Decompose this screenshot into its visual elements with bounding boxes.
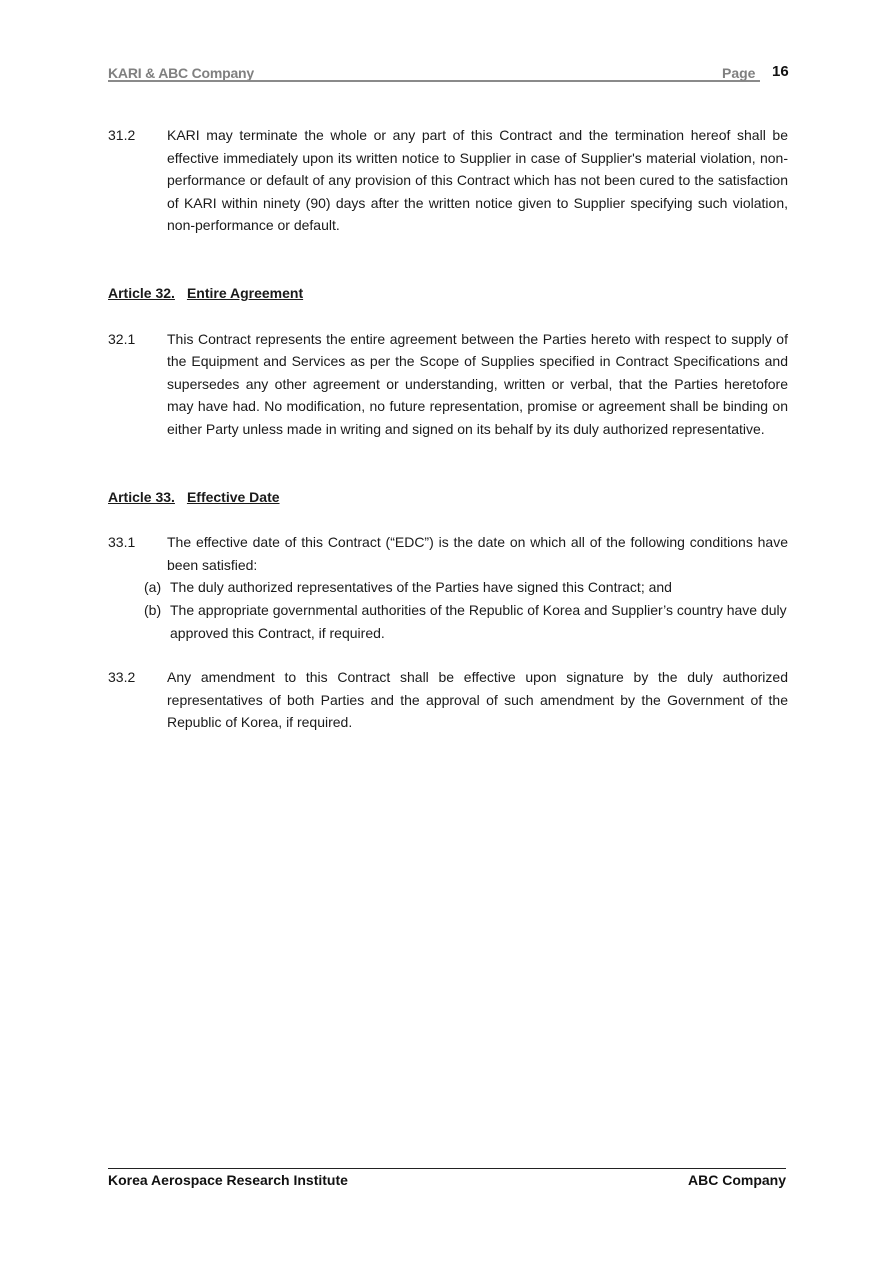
clause-number: 32.1 <box>108 328 135 351</box>
header-divider <box>108 80 760 82</box>
document-body: 31.2 KARI may terminate the whole or any… <box>108 124 788 734</box>
clause-number: 33.2 <box>108 666 135 689</box>
clause-number: 33.1 <box>108 531 135 554</box>
clause-33-2: 33.2 Any amendment to this Contract shal… <box>108 666 788 734</box>
list-item-b: (b) The appropriate governmental authori… <box>144 599 788 644</box>
list-item-text: The duly authorized representatives of t… <box>170 579 672 595</box>
clause-33-1: 33.1 The effective date of this Contract… <box>108 531 788 644</box>
article-title: Effective Date <box>187 489 280 505</box>
article-label: Article 33. <box>108 489 175 505</box>
clause-text: KARI may terminate the whole or any part… <box>167 124 788 237</box>
header-document-title: KARI & ABC Company <box>108 65 254 81</box>
article-label: Article 32. <box>108 285 175 301</box>
article-33-heading: Article 33.Effective Date <box>108 486 280 509</box>
list-item-text: The appropriate governmental authorities… <box>170 602 787 641</box>
clause-text: Any amendment to this Contract shall be … <box>167 666 788 734</box>
list-item-a: (a) The duly authorized representatives … <box>144 576 788 599</box>
list-item-label: (a) <box>144 576 161 599</box>
article-32-heading: Article 32.Entire Agreement <box>108 282 303 305</box>
footer-organization: Korea Aerospace Research Institute <box>108 1172 348 1188</box>
article-title: Entire Agreement <box>187 285 303 301</box>
clause-text: This Contract represents the entire agre… <box>167 328 788 441</box>
page-footer: Korea Aerospace Research Institute ABC C… <box>108 1168 786 1169</box>
clause-31-2: 31.2 KARI may terminate the whole or any… <box>108 124 788 237</box>
footer-company: ABC Company <box>688 1172 786 1188</box>
clause-text: The effective date of this Contract (“ED… <box>167 531 788 576</box>
list-item-label: (b) <box>144 599 161 622</box>
page-number: 16 <box>772 63 789 80</box>
footer-divider <box>108 1168 786 1169</box>
page-header: KARI & ABC Company Page 16 <box>108 63 788 83</box>
header-page-label: Page <box>722 65 755 81</box>
clause-number: 31.2 <box>108 124 135 147</box>
clause-32-1: 32.1 This Contract represents the entire… <box>108 328 788 441</box>
